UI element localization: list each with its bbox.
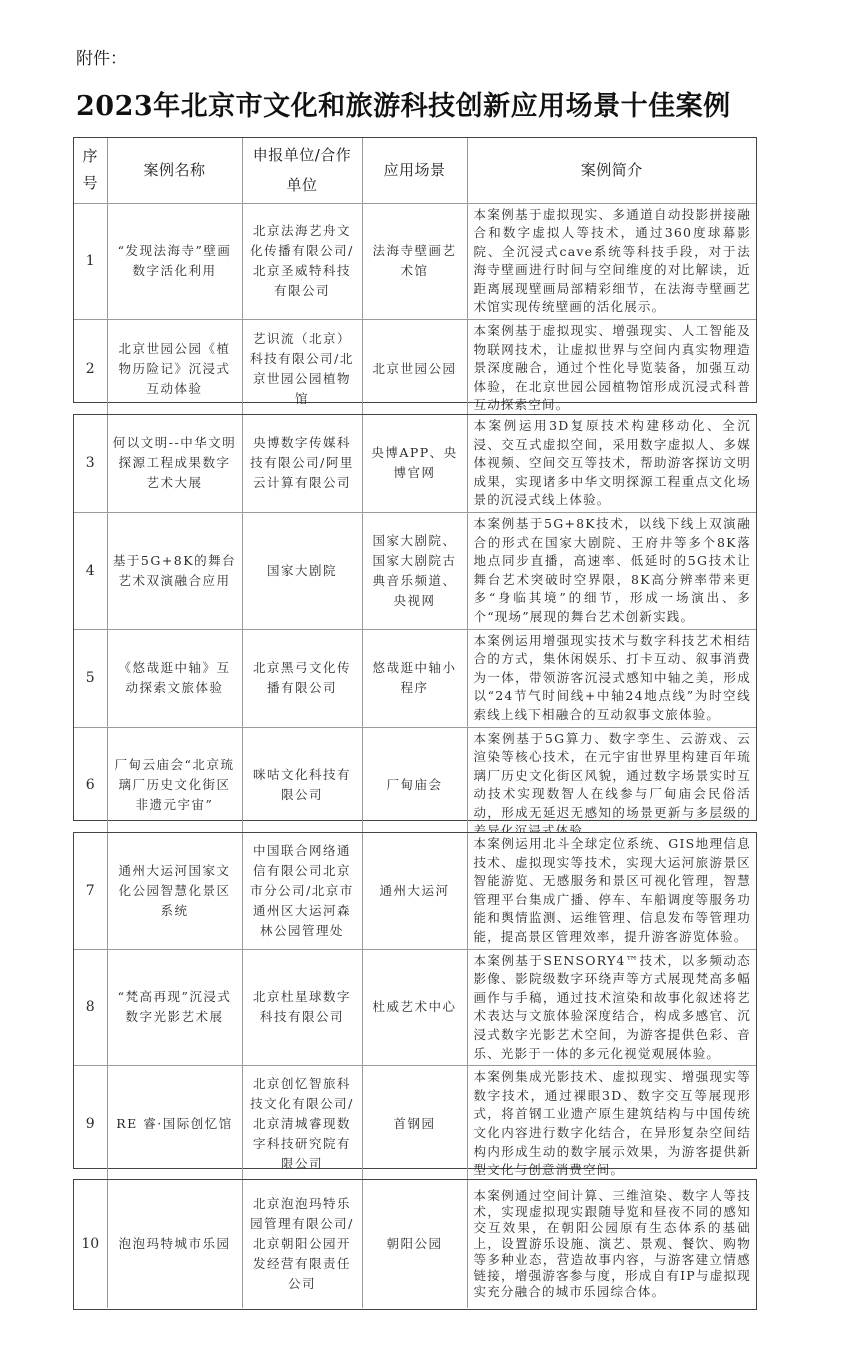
- row-no: 8: [74, 949, 107, 1066]
- row-name: 何以文明--中华文明探源工程成果数字艺术大展: [107, 415, 242, 512]
- row-scene: 朝阳公园: [362, 1180, 467, 1308]
- row-no: 3: [74, 415, 107, 512]
- row-scene: 北京世园公园: [362, 320, 467, 417]
- row-name: 厂甸云庙会“北京琉璃厂历史文化街区非遗元宇宙”: [107, 727, 242, 843]
- table-row: 5 《悠哉逛中轴》互动探索文旅体验 北京黑弓文化传播有限公司 悠哉逛中轴小程序 …: [74, 629, 756, 727]
- row-intro: 本案例运用3D复原技术构建移动化、全沉浸、交互式虚拟空间，采用数字虚拟人、多媒体…: [467, 415, 756, 512]
- page-title: 2023年北京市文化和旅游科技创新应用场景十佳案例: [76, 84, 776, 123]
- row-no: 5: [74, 629, 107, 727]
- row-no: 4: [74, 512, 107, 629]
- table-block-2: 3 何以文明--中华文明探源工程成果数字艺术大展 央博数字传媒科技有限公司/阿里…: [73, 414, 757, 821]
- row-scene: 悠哉逛中轴小程序: [362, 629, 467, 727]
- row-scene: 厂甸庙会: [362, 727, 467, 843]
- cases-table-continued: 3 何以文明--中华文明探源工程成果数字艺术大展 央博数字传媒科技有限公司/阿里…: [74, 415, 756, 843]
- row-unit: 中国联合网络通信有限公司北京市分公司/北京市通州区大运河森林公园管理处: [242, 833, 362, 949]
- table-row: 10 泡泡玛特城市乐园 北京泡泡玛特乐园管理有限公司/北京朝阳公园开发经营有限责…: [74, 1180, 756, 1308]
- table-row: 2 北京世园公园《植物历险记》沉浸式互动体验 艺识流（北京）科技有限公司/北京世…: [74, 320, 756, 417]
- cases-table-continued: 7 通州大运河国家文化公园智慧化景区系统 中国联合网络通信有限公司北京市分公司/…: [74, 833, 756, 1182]
- row-unit: 北京创忆智旅科技文化有限公司/北京清城睿现数字科技研究院有限公司: [242, 1066, 362, 1182]
- row-intro: 本案例基于虚拟现实、增强现实、人工智能及物联网技术，让虚拟世界与空间内真实物理造…: [467, 320, 756, 417]
- row-intro: 本案例基于SENSORY4™技术，以多频动态影像、影院级数字环绕声等方式展现梵高…: [467, 949, 756, 1066]
- row-scene: 央博APP、央博官网: [362, 415, 467, 512]
- table-block-1: 序 号 案例名称 申报单位/合作单位 应用场景 案例简介 1 “发现法海寺”壁画…: [73, 137, 757, 403]
- row-name: 北京世园公园《植物历险记》沉浸式互动体验: [107, 320, 242, 417]
- table-row: 6 厂甸云庙会“北京琉璃厂历史文化街区非遗元宇宙” 咪咕文化科技有限公司 厂甸庙…: [74, 727, 756, 843]
- row-intro: 本案例通过空间计算、三维渲染、数字人等技术，实现虚拟现实跟随导览和昼夜不同的感知…: [467, 1180, 756, 1308]
- row-name: 《悠哉逛中轴》互动探索文旅体验: [107, 629, 242, 727]
- row-unit: 艺识流（北京）科技有限公司/北京世园公园植物馆: [242, 320, 362, 417]
- row-unit: 国家大剧院: [242, 512, 362, 629]
- row-no: 6: [74, 727, 107, 843]
- row-unit: 央博数字传媒科技有限公司/阿里云计算有限公司: [242, 415, 362, 512]
- row-unit: 北京法海艺舟文化传播有限公司/北京圣威特科技有限公司: [242, 203, 362, 320]
- row-name: “梵高再现”沉浸式数字光影艺术展: [107, 949, 242, 1066]
- row-intro: 本案例运用增强现实技术与数字科技艺术相结合的方式，集休闲娱乐、打卡互动、叙事消费…: [467, 629, 756, 727]
- row-name: 泡泡玛特城市乐园: [107, 1180, 242, 1308]
- header-no: 序 号: [74, 138, 107, 203]
- row-scene: 通州大运河: [362, 833, 467, 949]
- table-row: 4 基于5G+8K的舞台艺术双演融合应用 国家大剧院 国家大剧院、国家大剧院古典…: [74, 512, 756, 629]
- row-unit: 北京杜星球数字科技有限公司: [242, 949, 362, 1066]
- attachment-label: 附件：: [76, 44, 127, 69]
- row-unit: 咪咕文化科技有限公司: [242, 727, 362, 843]
- row-name: 基于5G+8K的舞台艺术双演融合应用: [107, 512, 242, 629]
- header-name: 案例名称: [107, 138, 242, 203]
- row-intro: 本案例基于5G算力、数字孪生、云游戏、云渲染等核心技术，在元宇宙世界里构建百年琉…: [467, 727, 756, 843]
- header-unit: 申报单位/合作单位: [242, 138, 362, 203]
- header-intro: 案例简介: [467, 138, 756, 203]
- table-block-3: 7 通州大运河国家文化公园智慧化景区系统 中国联合网络通信有限公司北京市分公司/…: [73, 832, 757, 1169]
- row-unit: 北京泡泡玛特乐园管理有限公司/北京朝阳公园开发经营有限责任公司: [242, 1180, 362, 1308]
- row-intro: 本案例基于虚拟现实、多通道自动投影拼接融合和数字虚拟人等技术，通过360度球幕影…: [467, 203, 756, 320]
- table-row: 9 RE 睿·国际创忆馆 北京创忆智旅科技文化有限公司/北京清城睿现数字科技研究…: [74, 1066, 756, 1182]
- table-header-row: 序 号 案例名称 申报单位/合作单位 应用场景 案例简介: [74, 138, 756, 203]
- row-no: 10: [74, 1180, 107, 1308]
- row-intro: 本案例集成光影技术、虚拟现实、增强现实等数字技术，通过裸眼3D、数字交互等展现形…: [467, 1066, 756, 1182]
- row-name: RE 睿·国际创忆馆: [107, 1066, 242, 1182]
- table-row: 3 何以文明--中华文明探源工程成果数字艺术大展 央博数字传媒科技有限公司/阿里…: [74, 415, 756, 512]
- row-scene: 国家大剧院、国家大剧院古典音乐频道、央视网: [362, 512, 467, 629]
- row-scene: 杜威艺术中心: [362, 949, 467, 1066]
- row-no: 7: [74, 833, 107, 949]
- row-intro: 本案例运用北斗全球定位系统、GIS地理信息技术、虚拟现实等技术，实现大运河旅游景…: [467, 833, 756, 949]
- row-no: 2: [74, 320, 107, 417]
- table-row: 7 通州大运河国家文化公园智慧化景区系统 中国联合网络通信有限公司北京市分公司/…: [74, 833, 756, 949]
- header-scene: 应用场景: [362, 138, 467, 203]
- table-block-4: 10 泡泡玛特城市乐园 北京泡泡玛特乐园管理有限公司/北京朝阳公园开发经营有限责…: [73, 1179, 757, 1310]
- row-intro: 本案例基于5G+8K技术，以线下线上双演融合的形式在国家大剧院、王府井等多个8K…: [467, 512, 756, 629]
- row-name: “发现法海寺”壁画数字活化利用: [107, 203, 242, 320]
- table-row: 8 “梵高再现”沉浸式数字光影艺术展 北京杜星球数字科技有限公司 杜威艺术中心 …: [74, 949, 756, 1066]
- row-name: 通州大运河国家文化公园智慧化景区系统: [107, 833, 242, 949]
- row-no: 1: [74, 203, 107, 320]
- row-scene: 首钢园: [362, 1066, 467, 1182]
- cases-table: 序 号 案例名称 申报单位/合作单位 应用场景 案例简介 1 “发现法海寺”壁画…: [74, 138, 756, 417]
- row-unit: 北京黑弓文化传播有限公司: [242, 629, 362, 727]
- row-scene: 法海寺壁画艺术馆: [362, 203, 467, 320]
- cases-table-continued: 10 泡泡玛特城市乐园 北京泡泡玛特乐园管理有限公司/北京朝阳公园开发经营有限责…: [74, 1180, 756, 1308]
- table-row: 1 “发现法海寺”壁画数字活化利用 北京法海艺舟文化传播有限公司/北京圣威特科技…: [74, 203, 756, 320]
- row-no: 9: [74, 1066, 107, 1182]
